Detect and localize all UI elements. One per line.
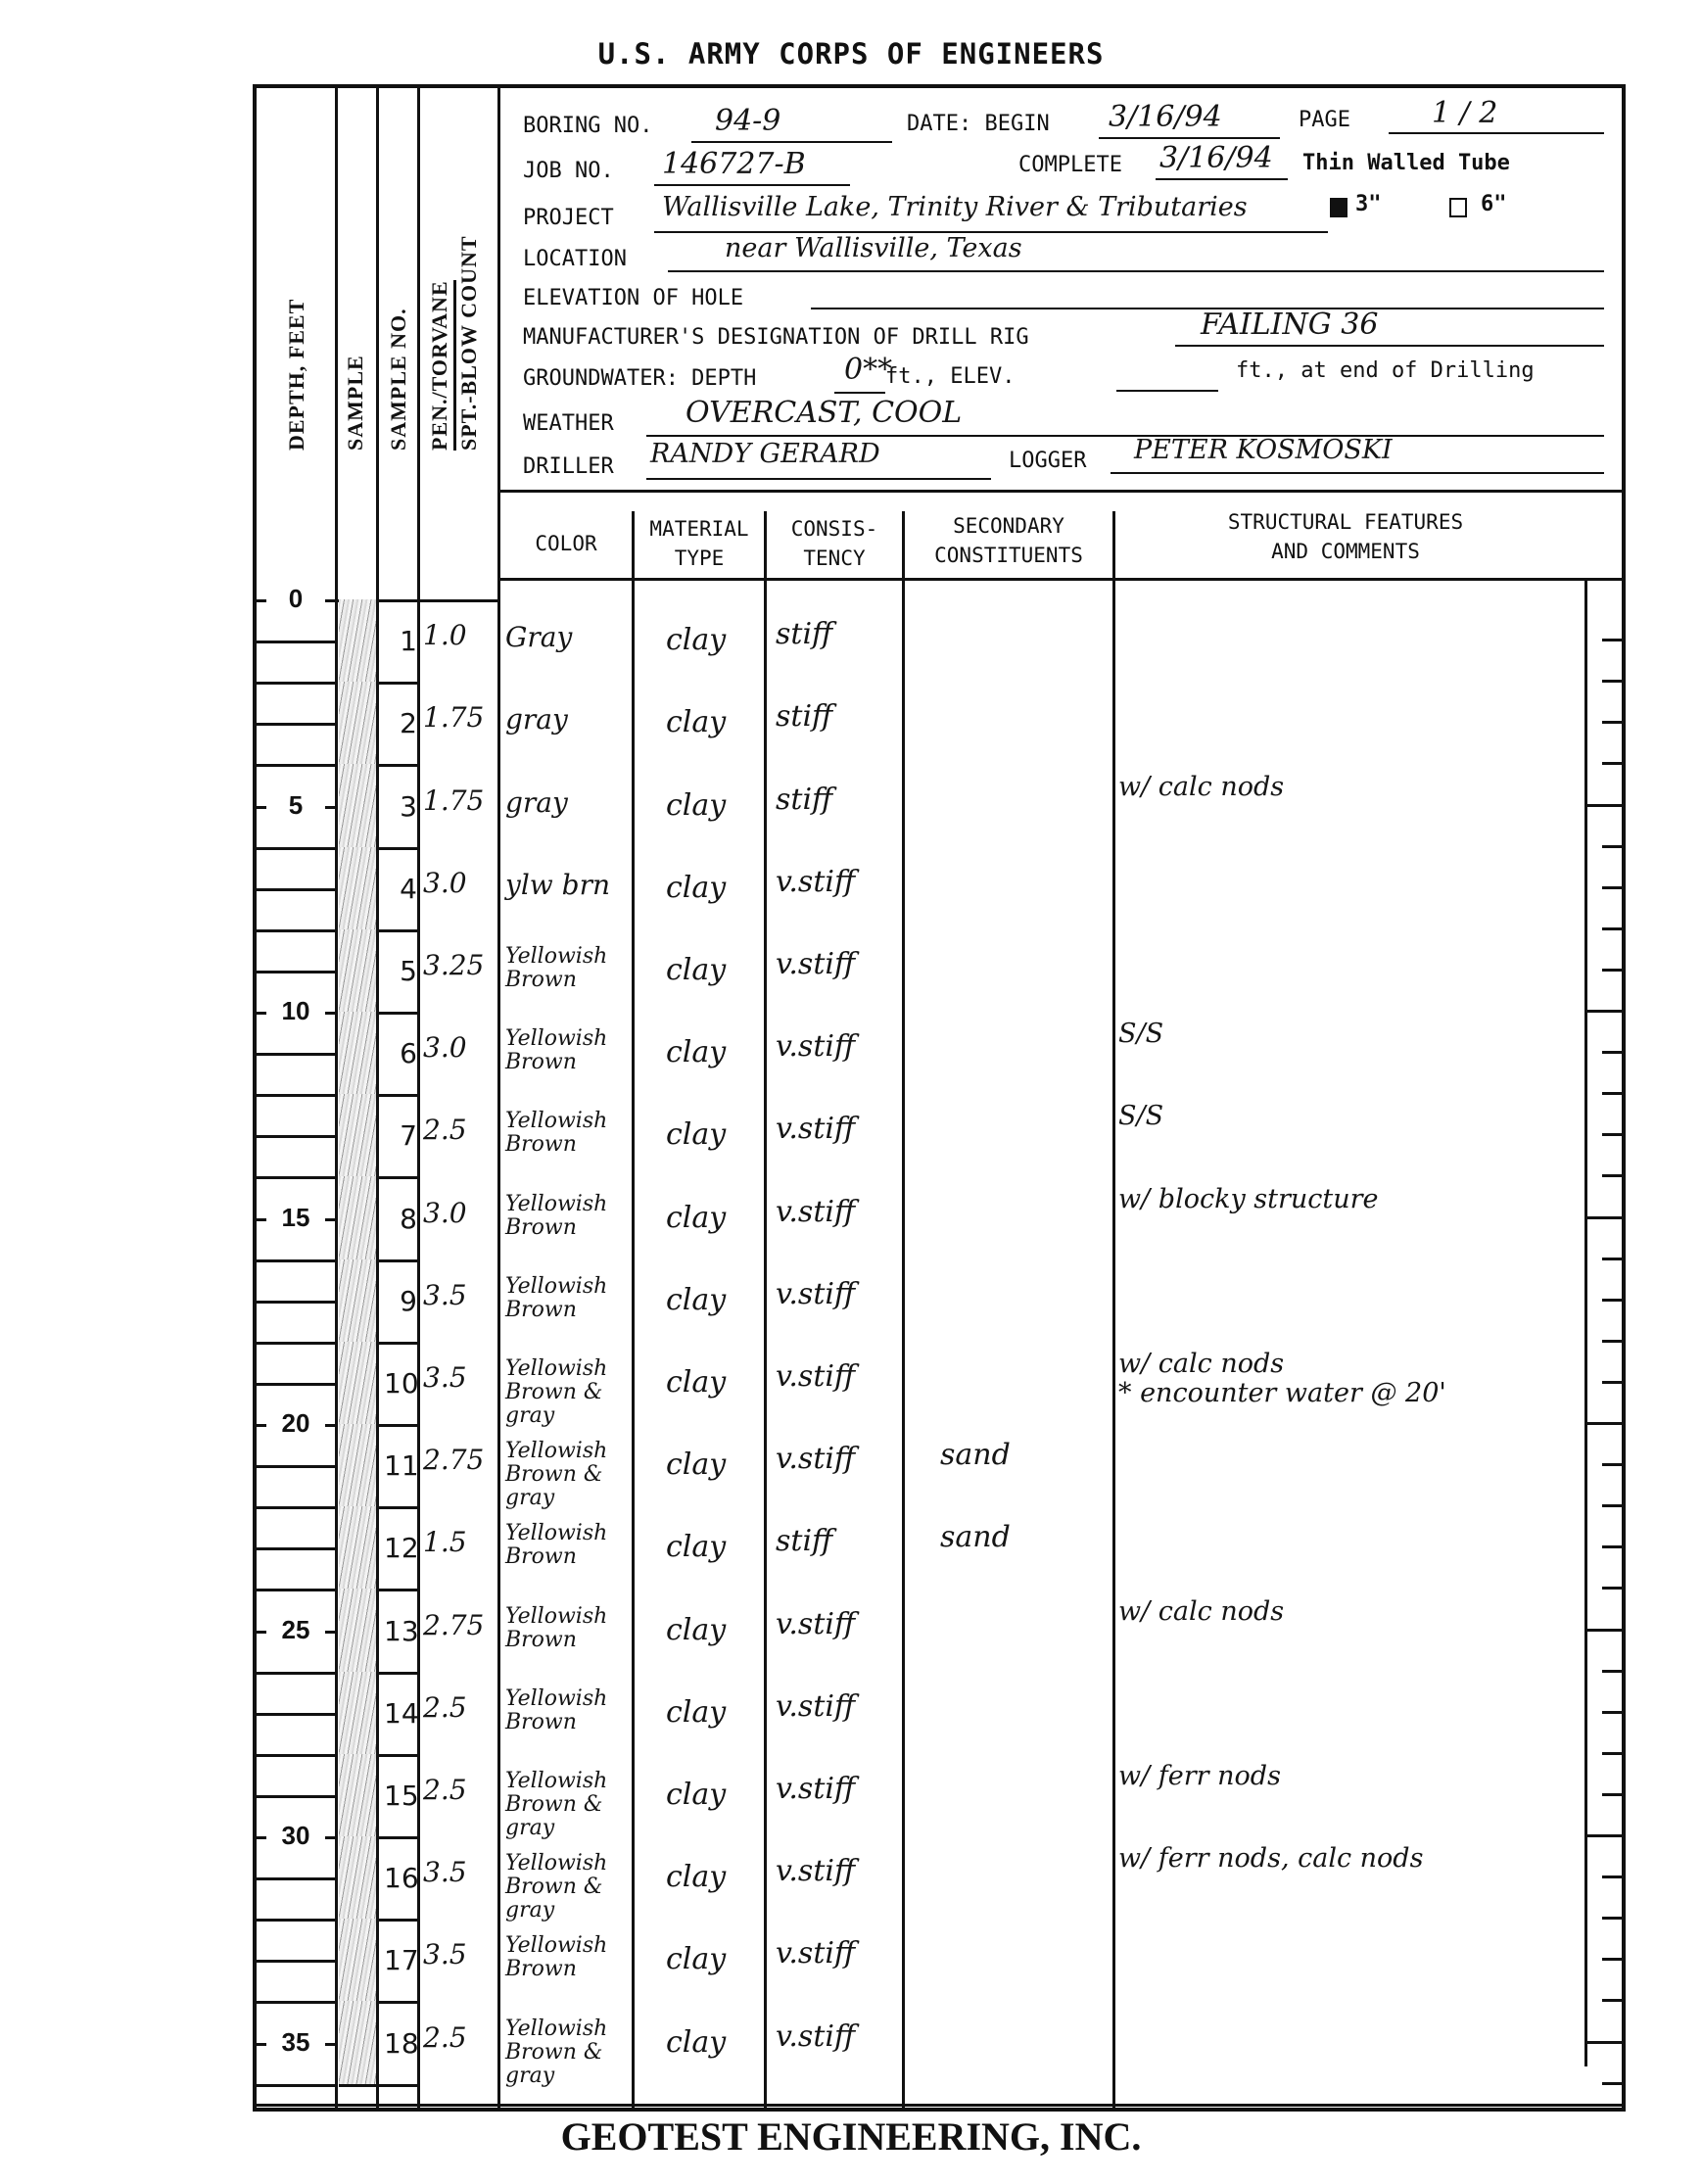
job-no-value[interactable]: 146727-B [662, 147, 806, 181]
drill-rig-underline [1175, 345, 1604, 347]
color-value[interactable]: Yellowish Brown [505, 1934, 631, 1981]
depth-grid-line [257, 723, 335, 726]
depth-label: 35 [266, 2027, 325, 2058]
secondary-constituents-column-header: SECONDARY CONSTITUENTS [905, 511, 1112, 570]
driller-underline [646, 478, 991, 480]
sample-core-graphic [339, 1836, 376, 1919]
material-type-value[interactable]: clay [666, 1860, 726, 1894]
drill-rig-value[interactable]: FAILING 36 [1201, 308, 1378, 342]
sample-number: 10 [384, 1367, 417, 1400]
right-scale-tick [1602, 1545, 1624, 1548]
sample-core-graphic [339, 1506, 376, 1589]
consistency-value[interactable]: v.stiff [776, 1854, 855, 1888]
project-label: PROJECT [523, 206, 614, 230]
right-scale-major-tick [1586, 2041, 1624, 2044]
right-scale-tick [1602, 1875, 1624, 1878]
color-value[interactable]: Yellowish Brown [505, 1687, 631, 1734]
sample-core-graphic [339, 929, 376, 1012]
color-value[interactable]: ylw brn [505, 869, 631, 901]
structural-comment[interactable]: w/ ferr nods, calc nods [1118, 1844, 1423, 1874]
sample-boundary-line [339, 2084, 417, 2087]
sample-number: 11 [384, 1449, 417, 1482]
material-type-value[interactable]: clay [666, 705, 726, 739]
consistency-value[interactable]: v.stiff [776, 1689, 855, 1724]
consistency-value[interactable]: v.stiff [776, 1029, 855, 1064]
divider-consistency-secondary [902, 511, 905, 2108]
logger-underline [1111, 472, 1604, 474]
divider-structural-scale [1584, 578, 1587, 2066]
depth-grid-line [257, 1301, 335, 1304]
structural-header-line1: STRUCTURAL FEATURES [1115, 507, 1576, 537]
structural-comment[interactable]: w/ calc nods [1118, 1597, 1284, 1627]
sample-core-graphic [339, 1589, 376, 1671]
pen-torvane-value[interactable]: 1.75 [423, 701, 484, 734]
color-value[interactable]: Yellowish Brown [505, 945, 631, 992]
depth-grid-line [257, 1342, 335, 1345]
consistency-value[interactable]: v.stiff [776, 2019, 855, 2054]
right-scale-tick [1602, 845, 1624, 848]
groundwater-depth-underline [834, 392, 885, 394]
location-label: LOCATION [523, 247, 627, 271]
tube-6in-checkbox[interactable] [1449, 198, 1467, 217]
pen-torvane-value[interactable]: 2.75 [423, 1444, 484, 1476]
sample-number: 13 [384, 1615, 417, 1647]
depth-grid-line [257, 1094, 335, 1097]
secondary-header-line2: CONSTITUENTS [905, 541, 1112, 570]
sample-number: 3 [384, 790, 417, 823]
agency-title: U.S. ARMY CORPS OF ENGINEERS [0, 37, 1702, 71]
structural-features-column-header: STRUCTURAL FEATURES AND COMMENTS [1115, 507, 1576, 566]
structural-comment[interactable]: S/S [1118, 1020, 1163, 1049]
right-scale-tick [1602, 680, 1624, 683]
color-value[interactable]: Yellowish Brown [505, 1605, 631, 1652]
pen-torvane-value[interactable]: 1.5 [423, 1526, 467, 1558]
consistency-value[interactable]: v.stiff [776, 865, 855, 899]
consistency-header-line2: TENCY [767, 544, 902, 573]
depth-grid-line [257, 1754, 335, 1757]
spt-blow-count-header: SPT.-BLOW COUNT [456, 235, 482, 451]
right-scale-tick [1602, 1958, 1624, 1961]
consistency-value[interactable]: stiff [776, 1524, 832, 1558]
right-scale-tick [1602, 1133, 1624, 1136]
right-scale-tick [1602, 721, 1624, 724]
right-scale-tick [1602, 1174, 1624, 1177]
groundwater-end-label: ft., at end of Drilling [1236, 358, 1535, 383]
depth-grid-line [257, 929, 335, 932]
right-scale-tick [1602, 1999, 1624, 2002]
color-value[interactable]: Yellowish Brown [505, 1522, 631, 1569]
color-value[interactable]: Yellowish Brown [505, 1110, 631, 1157]
sample-number: 6 [384, 1037, 417, 1069]
pen-torvane-value[interactable]: 3.0 [423, 867, 467, 899]
pen-torvane-value[interactable]: 2.5 [423, 1114, 467, 1146]
secondary-constituents-value[interactable]: sand [940, 1438, 1011, 1472]
right-scale-tick [1602, 1504, 1624, 1507]
sample-core-graphic [339, 1754, 376, 1836]
material-type-value[interactable]: clay [666, 1117, 726, 1152]
date-complete-value[interactable]: 3/16/94 [1159, 141, 1273, 175]
divider-table-headers [497, 578, 1626, 581]
depth-grid-line [257, 1547, 335, 1550]
sample-number: 5 [384, 955, 417, 987]
divider-secondary-structural [1112, 511, 1115, 2108]
consistency-value[interactable]: v.stiff [776, 1936, 855, 1970]
depth-grid-line [257, 888, 335, 891]
sample-number: 4 [384, 873, 417, 905]
right-scale-major-tick [1586, 804, 1624, 807]
material-header-line1: MATERIAL [635, 514, 764, 544]
depth-grid-line [257, 1259, 335, 1262]
page-value[interactable]: 1 / 2 [1432, 96, 1497, 130]
complete-underline [1156, 178, 1288, 180]
sample-core-graphic [339, 1424, 376, 1506]
logger-label: LOGGER [1009, 449, 1086, 473]
depth-label: 30 [266, 1821, 325, 1851]
right-scale-tick [1602, 1381, 1624, 1384]
pen-torvane-value[interactable]: 3.25 [423, 949, 484, 981]
structural-comment[interactable]: w/ calc nods [1118, 773, 1284, 802]
secondary-constituents-value[interactable]: sand [940, 1520, 1011, 1554]
material-type-value[interactable]: clay [666, 623, 726, 657]
divider-material-consistency [764, 511, 767, 2108]
depth-label: 15 [266, 1203, 325, 1233]
sample-no-header: SAMPLE NO. [386, 308, 411, 451]
date-begin-label: DATE: BEGIN [907, 112, 1050, 136]
boring-no-label: BORING NO. [523, 114, 652, 138]
pen-torvane-value[interactable]: 3.5 [423, 1856, 467, 1888]
consistency-column-header: CONSIS- TENCY [767, 514, 902, 573]
material-type-value[interactable]: clay [666, 1942, 726, 1976]
depth-grid-line [257, 1713, 335, 1716]
driller-value[interactable]: RANDY GERARD [650, 439, 880, 469]
depth-label: 0 [266, 584, 325, 614]
consistency-value[interactable]: v.stiff [776, 1277, 855, 1311]
divider-color-material [632, 511, 635, 2108]
color-value[interactable]: Yellowish Brown & gray [505, 1770, 631, 1840]
depth-label: 25 [266, 1615, 325, 1645]
material-type-value[interactable]: clay [666, 1613, 726, 1647]
sample-number: 14 [384, 1697, 417, 1730]
depth-grid-line [257, 1465, 335, 1468]
boring-no-value[interactable]: 94-9 [715, 104, 780, 138]
color-value[interactable]: gray [505, 786, 631, 819]
material-type-value[interactable]: clay [666, 1695, 726, 1730]
pen-torvane-value[interactable]: 3.5 [423, 1279, 467, 1311]
sample-number: 8 [384, 1203, 417, 1235]
consistency-value[interactable]: v.stiff [776, 1195, 855, 1229]
tube-6in-label: 6" [1481, 192, 1507, 216]
date-begin-value[interactable]: 3/16/94 [1109, 100, 1222, 134]
pen-torvane-value[interactable]: 3.5 [423, 1938, 467, 1970]
right-scale-tick [1602, 1793, 1624, 1796]
material-type-value[interactable]: clay [666, 1778, 726, 1812]
right-scale-tick [1602, 2082, 1624, 2085]
right-scale-tick [1602, 1711, 1624, 1714]
sample-number: 9 [384, 1285, 417, 1317]
sample-core-graphic [339, 1259, 376, 1342]
depth-grid-line [257, 1383, 335, 1386]
complete-label: COMPLETE [1018, 153, 1122, 177]
material-type-value[interactable]: clay [666, 788, 726, 823]
color-value[interactable]: Yellowish Brown [505, 1275, 631, 1322]
consistency-value[interactable]: v.stiff [776, 1772, 855, 1806]
depth-label: 10 [266, 996, 325, 1026]
material-type-value[interactable]: clay [666, 2025, 726, 2060]
color-value[interactable]: Yellowish Brown & gray [505, 2018, 631, 2088]
company-footer: GEOTEST ENGINEERING, INC. [0, 2113, 1702, 2160]
material-type-value[interactable]: clay [666, 871, 726, 905]
color-value[interactable]: gray [505, 703, 631, 736]
material-type-value[interactable]: clay [666, 1035, 726, 1069]
depth-grid-line [257, 764, 335, 767]
table-bottom-border [257, 2104, 1624, 2107]
date-begin-underline [1099, 137, 1280, 139]
right-scale-major-tick [1586, 1422, 1624, 1425]
tube-3in-label: 3" [1355, 192, 1382, 216]
right-scale-tick [1602, 1299, 1624, 1302]
thin-walled-tube-label: Thin Walled Tube [1302, 151, 1510, 175]
sample-core-graphic [339, 1342, 376, 1424]
color-value[interactable]: Yellowish Brown [505, 1193, 631, 1240]
depth-feet-header: DEPTH, FEET [284, 299, 309, 451]
material-type-value[interactable]: clay [666, 1448, 726, 1482]
structural-comment[interactable]: w/ blocky structure [1118, 1185, 1379, 1214]
job-no-label: JOB NO. [523, 159, 614, 183]
consistency-value[interactable]: stiff [776, 617, 832, 651]
structural-header-line2: AND COMMENTS [1115, 537, 1576, 566]
material-type-column-header: MATERIAL TYPE [635, 514, 764, 573]
material-type-value[interactable]: clay [666, 1365, 726, 1400]
location-value[interactable]: near Wallisville, Texas [725, 233, 1022, 263]
sample-core-graphic [339, 599, 376, 682]
sample-core-graphic [339, 682, 376, 764]
right-scale-tick [1602, 1752, 1624, 1755]
groundwater-elev-underline [1116, 390, 1218, 392]
right-scale-major-tick [1586, 1216, 1624, 1219]
color-column-header: COLOR [500, 529, 632, 558]
structural-comment[interactable]: w/ calc nods * encounter water @ 20' [1118, 1350, 1446, 1408]
material-type-value[interactable]: clay [666, 1201, 726, 1235]
color-value[interactable]: Yellowish Brown & gray [505, 1440, 631, 1510]
drill-rig-label: MANUFACTURER'S DESIGNATION OF DRILL RIG [523, 325, 1029, 350]
sample-number: 18 [384, 2027, 417, 2060]
material-type-value[interactable]: clay [666, 953, 726, 987]
sample-core-graphic [339, 1176, 376, 1258]
right-scale-major-tick [1586, 1010, 1624, 1013]
location-underline [668, 270, 1604, 272]
structural-comment[interactable]: w/ ferr nods [1118, 1762, 1281, 1791]
pen-torvane-value[interactable]: 3.0 [423, 1031, 467, 1064]
depth-grid-line [257, 1672, 335, 1675]
depth-grid-line [257, 971, 335, 973]
page-label: PAGE [1299, 108, 1350, 132]
groundwater-depth-label: GROUNDWATER: DEPTH [523, 366, 756, 391]
depth-label: 20 [266, 1408, 325, 1439]
right-scale-tick [1602, 1340, 1624, 1343]
logger-value[interactable]: PETER KOSMOSKI [1134, 435, 1393, 465]
pen-torvane-value[interactable]: 2.5 [423, 1774, 467, 1806]
pen-torvane-value[interactable]: 2.5 [423, 1691, 467, 1724]
pen-torvane-value[interactable]: 3.5 [423, 1361, 467, 1394]
right-scale-tick [1602, 1258, 1624, 1260]
right-scale-major-tick [1586, 1629, 1624, 1632]
pen-torvane-header: PEN./TORVANE [427, 280, 456, 451]
right-scale-tick [1602, 886, 1624, 889]
sample-number: 2 [384, 707, 417, 739]
depth-grid-line [257, 1176, 335, 1179]
material-type-value[interactable]: clay [666, 1283, 726, 1317]
consistency-value[interactable]: stiff [776, 783, 832, 817]
consistency-value[interactable]: v.stiff [776, 947, 855, 981]
right-scale-tick [1602, 1670, 1624, 1673]
consistency-value[interactable]: v.stiff [776, 1607, 855, 1641]
consistency-value[interactable]: v.stiff [776, 1359, 855, 1394]
material-type-value[interactable]: clay [666, 1530, 726, 1564]
depth-grid-line [257, 1506, 335, 1509]
pen-torvane-value[interactable]: 1.75 [423, 784, 484, 817]
color-value[interactable]: Yellowish Brown [505, 1027, 631, 1074]
consistency-value[interactable]: v.stiff [776, 1442, 855, 1476]
depth-grid-line [257, 1795, 335, 1798]
divider-depth-sample [335, 88, 338, 2108]
sample-core-graphic [339, 1672, 376, 1754]
right-scale-tick [1602, 1917, 1624, 1920]
depth-grid-line [257, 2001, 335, 2004]
job-no-underline [654, 184, 850, 186]
depth-grid-line [257, 682, 335, 685]
sample-header: SAMPLE [343, 355, 368, 451]
sample-number: 1 [384, 625, 417, 657]
groundwater-elev-label: ft., ELEV. [885, 364, 1015, 389]
pen-torvane-value[interactable]: 2.5 [423, 2021, 467, 2054]
right-scale-tick [1602, 1051, 1624, 1054]
consistency-value[interactable]: stiff [776, 699, 832, 734]
right-scale-tick [1602, 639, 1624, 641]
tube-3in-checkbox[interactable] [1330, 198, 1347, 217]
pen-torvane-value[interactable]: 1.0 [423, 619, 467, 651]
weather-underline [646, 435, 1604, 437]
right-scale-tick [1602, 762, 1624, 765]
depth-grid-line [257, 1919, 335, 1922]
elevation-label: ELEVATION OF HOLE [523, 286, 743, 310]
material-header-line2: TYPE [635, 544, 764, 573]
weather-label: WEATHER [523, 411, 614, 436]
right-scale-tick [1602, 1092, 1624, 1095]
color-value[interactable]: Gray [505, 621, 631, 653]
consistency-header-line1: CONSIS- [767, 514, 902, 544]
sample-core-graphic [339, 2001, 376, 2083]
color-value[interactable]: Yellowish Brown & gray [505, 1852, 631, 1923]
boring-no-underline [691, 141, 892, 143]
weather-value[interactable]: OVERCAST, COOL [686, 396, 962, 430]
consistency-value[interactable]: v.stiff [776, 1112, 855, 1146]
right-scale-tick [1602, 969, 1624, 972]
secondary-header-line1: SECONDARY [905, 511, 1112, 541]
sample-number: 12 [384, 1532, 417, 1564]
sample-core-graphic [339, 1919, 376, 2001]
depth-grid-line [257, 2084, 335, 2087]
depth-grid-line [257, 847, 335, 850]
depth-grid-line [257, 1589, 335, 1591]
depth-grid-line [257, 641, 335, 643]
project-value[interactable]: Wallisville Lake, Trinity River & Tribut… [662, 192, 1248, 222]
driller-label: DRILLER [523, 454, 614, 479]
sample-core-graphic [339, 764, 376, 846]
pen-torvane-value[interactable]: 3.0 [423, 1197, 467, 1229]
depth-grid-line [257, 1135, 335, 1138]
right-scale-tick [1602, 1463, 1624, 1466]
pen-torvane-value[interactable]: 2.75 [423, 1609, 484, 1641]
right-scale-tick [1602, 1587, 1624, 1590]
sample-core-graphic [339, 1094, 376, 1176]
depth-label: 5 [266, 790, 325, 821]
sample-core-graphic [339, 847, 376, 929]
sample-core-graphic [339, 1012, 376, 1094]
sample-number: 7 [384, 1119, 417, 1152]
depth-grid-line [257, 1960, 335, 1963]
depth-grid-line [257, 1053, 335, 1056]
depth-grid-line [257, 1877, 335, 1880]
sample-number: 17 [384, 1944, 417, 1976]
right-scale-major-tick [1586, 1834, 1624, 1837]
divider-sample-sampleno [376, 88, 379, 2108]
color-value[interactable]: Yellowish Brown & gray [505, 1357, 631, 1428]
sample-number: 16 [384, 1862, 417, 1894]
structural-comment[interactable]: S/S [1118, 1102, 1163, 1131]
divider-pen-table [497, 88, 500, 2108]
divider-header-table [497, 490, 1626, 493]
sample-number: 15 [384, 1780, 417, 1812]
right-scale-tick [1602, 927, 1624, 930]
page-underline [1389, 132, 1604, 134]
